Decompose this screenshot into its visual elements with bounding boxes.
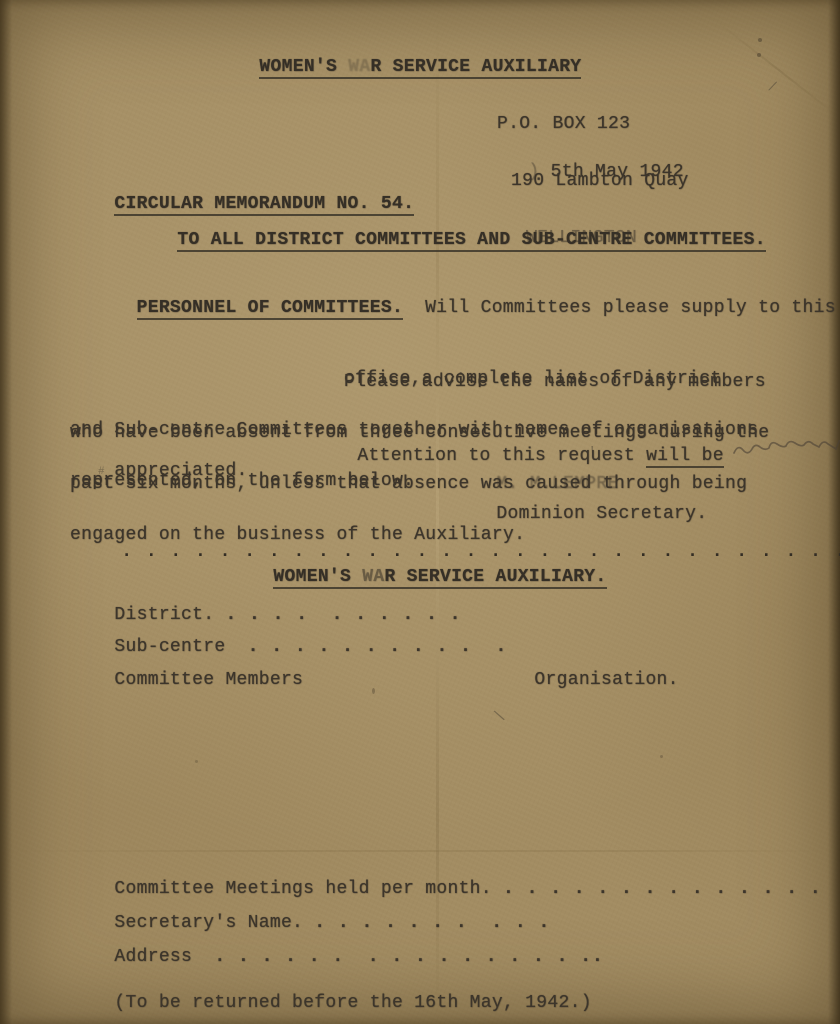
field-label-address: Address bbox=[114, 947, 203, 967]
ink-speck bbox=[758, 38, 762, 42]
dotted-blank-secretary: . . . . . . . . . . bbox=[314, 913, 550, 933]
form-heading-part3: R SERVICE AUXILIARY. bbox=[384, 567, 606, 587]
form-heading-part2-faded: WA bbox=[362, 567, 384, 587]
fold-crease-diagonal bbox=[716, 21, 840, 121]
column-header-members: Committee Members bbox=[70, 655, 303, 706]
pencil-mark: \ bbox=[492, 707, 507, 727]
pencil-mark: / bbox=[766, 79, 778, 97]
handwritten-scribble-icon bbox=[732, 440, 840, 465]
subject-heading: PERSONNEL OF COMMITTEES. bbox=[137, 300, 403, 320]
address-line: P.O. BOX 123 bbox=[497, 115, 689, 134]
column-header-organisation: Organisation. bbox=[490, 655, 679, 706]
fiber-speck bbox=[195, 760, 198, 763]
attention-continued: appreciated. bbox=[70, 446, 248, 497]
date-line: ) 5th May 1942 bbox=[484, 147, 684, 198]
date: 5th May 1942 bbox=[551, 162, 684, 182]
fold-crease-horizontal bbox=[0, 850, 840, 852]
footer-note: (To be returned before the 16th May, 194… bbox=[70, 978, 592, 1024]
stray-typed-mark: ) bbox=[528, 162, 539, 182]
fiber-speck bbox=[660, 755, 663, 758]
memo-title-part2-faded: WA bbox=[348, 57, 370, 77]
memo-title-part3: R SERVICE AUXILIARY bbox=[370, 57, 581, 77]
body-line: Will Committees please supply to this bbox=[425, 298, 836, 318]
field-address: Address . . . . . . . . . . . . . . . .. bbox=[70, 932, 604, 983]
dotted-blank-meetings: . . . . . . . . . . . . . . bbox=[503, 879, 822, 899]
fiber-speck bbox=[372, 688, 375, 694]
body-line: Please advise the names of any members bbox=[344, 374, 769, 391]
memo-document: WOMEN'S WAR SERVICE AUXILIARY P.O. BOX 1… bbox=[0, 0, 840, 1024]
dotted-blank-address: . . . . . . . . . . . . . . . .. bbox=[214, 947, 603, 967]
form-heading-part1: WOMEN'S bbox=[273, 567, 362, 587]
memo-title-part1: WOMEN'S bbox=[259, 57, 348, 77]
field-label-subcentre: Sub-centre bbox=[114, 637, 225, 657]
field-label-meetings: Committee Meetings held per month. bbox=[114, 879, 491, 899]
paper-edge-shadow-left bbox=[0, 0, 12, 1024]
underlined-will-be: will be bbox=[646, 448, 724, 468]
ink-speck bbox=[757, 53, 761, 57]
pencil-mark: # bbox=[98, 466, 105, 478]
dotted-blank-subcentre: . . . . . . . . . . . bbox=[248, 637, 508, 657]
field-label-secretary: Secretary's Name. bbox=[114, 913, 303, 933]
